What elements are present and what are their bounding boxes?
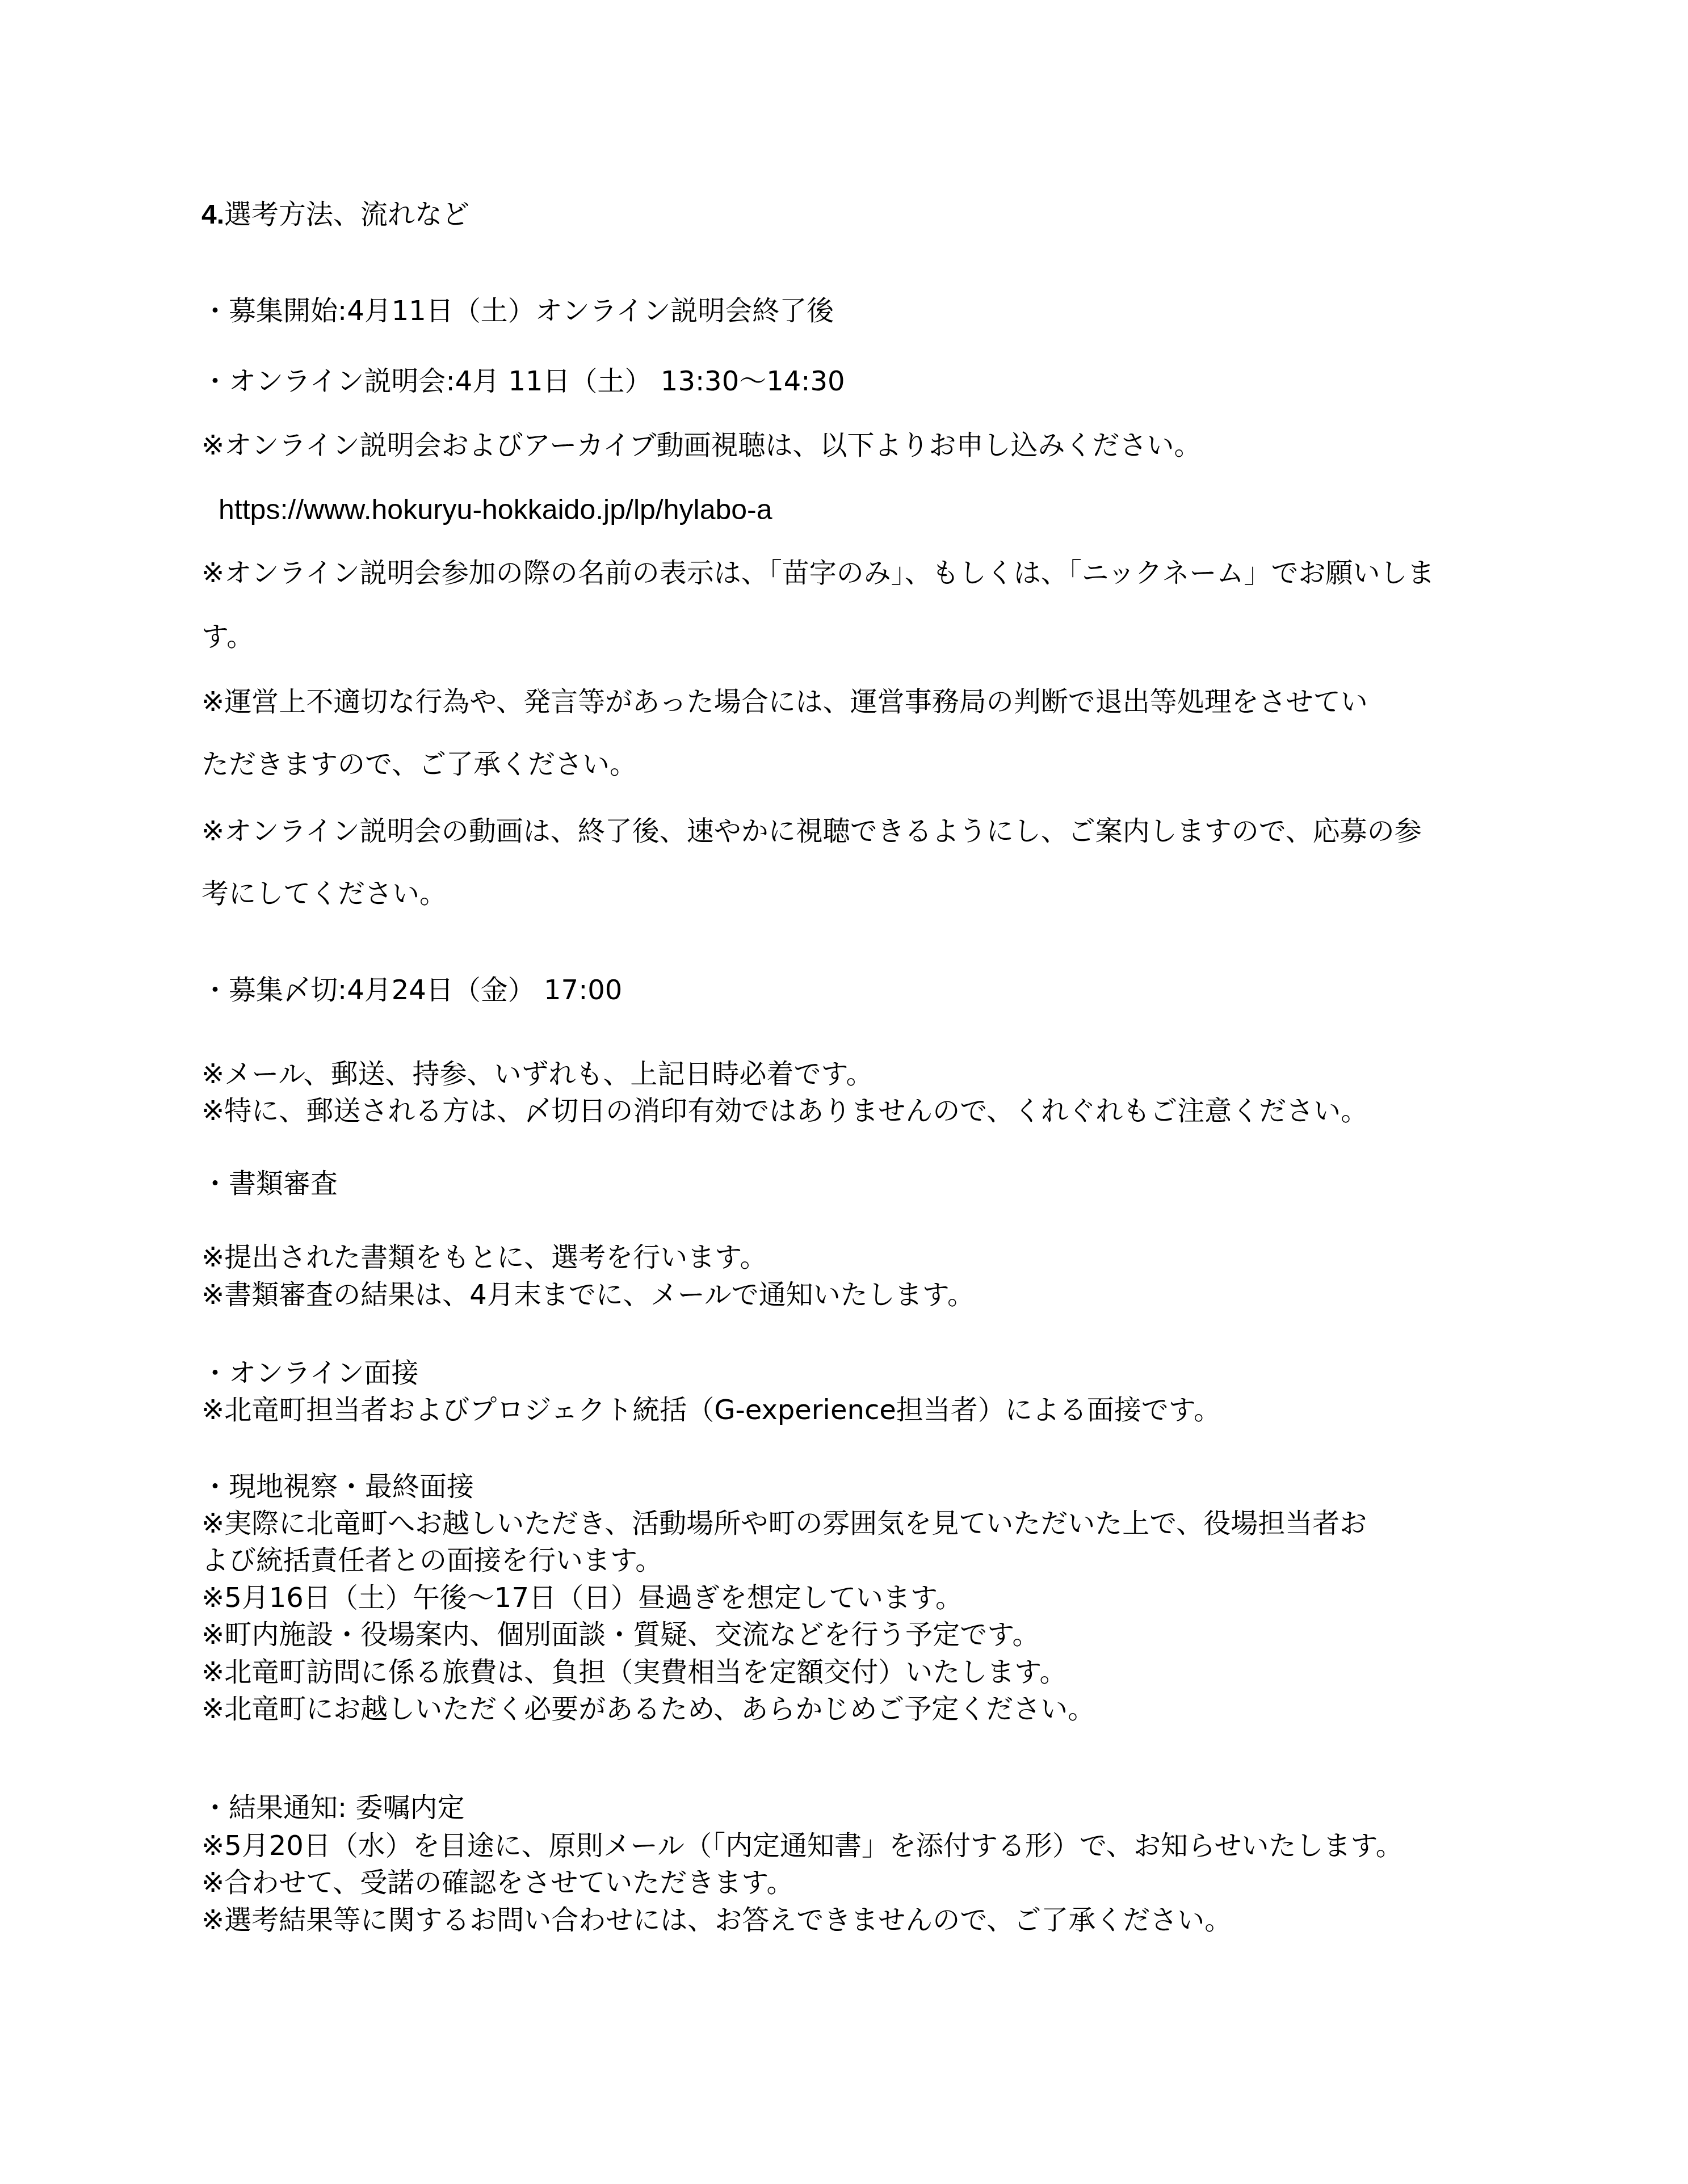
note-acceptance: ※合わせて、受諾の確認をさせていただきます。	[201, 1866, 793, 1900]
note-display-name-cont: す。	[201, 620, 254, 654]
online-briefing-schedule: ・オンライン説明会:4月 11日（土） 13:30～14:30	[201, 364, 845, 398]
note-site-visit: ※実際に北竜町へお越しいただき、活動場所や町の雰囲気を見ていただいた上で、役場担…	[201, 1507, 1367, 1541]
note-visit-required: ※北竜町にお越しいただく必要があるため、あらかじめご予定ください。	[201, 1692, 1095, 1726]
note-result-date: ※5月20日（水）を目途に、原則メール（「内定通知書」を添付する形）で、お知らせ…	[201, 1829, 1403, 1863]
section-number: 4.	[201, 200, 224, 230]
note-video: ※オンライン説明会の動画は、終了後、速やかに視聴できるようにし、ご案内しますので…	[201, 814, 1422, 848]
note-conduct-cont: ただきますので、ご了承ください。	[201, 747, 637, 781]
document-screening: ・書類審査	[201, 1167, 338, 1201]
note-deadline-arrival: ※メール、郵送、持参、いずれも、上記日時必着です。	[201, 1057, 874, 1091]
note-site-visit-cont: よび統括責任者との面接を行います。	[201, 1543, 662, 1577]
note-no-inquiries: ※選考結果等に関するお問い合わせには、お答えできませんので、ご了承ください。	[201, 1903, 1232, 1937]
note-deadline-postal: ※特に、郵送される方は、〆切日の消印有効ではありませんので、くれぐれもご注意くだ…	[201, 1094, 1368, 1128]
recruitment-start: ・募集開始:4月11日（土）オンライン説明会終了後	[201, 294, 834, 328]
recruitment-deadline: ・募集〆切:4月24日（金） 17:00	[201, 973, 622, 1007]
site-visit-final-interview: ・現地視察・最終面接	[201, 1470, 474, 1504]
online-interview: ・オンライン面接	[201, 1356, 419, 1390]
note-visit-dates: ※5月16日（土）午後～17日（日）昼過ぎを想定しています。	[201, 1581, 963, 1615]
section-heading: 4.選考方法、流れなど	[201, 197, 469, 232]
note-travel-expenses: ※北竜町訪問に係る旅費は、負担（実費相当を定額交付）いたします。	[201, 1655, 1066, 1689]
note-video-cont: 考にしてください。	[201, 877, 447, 911]
section-title: 選考方法、流れなど	[224, 199, 469, 230]
note-display-name: ※オンライン説明会参加の際の名前の表示は、「苗字のみ」、もしくは、「ニックネーム…	[201, 556, 1434, 590]
note-visit-activities: ※町内施設・役場案内、個別面談・質疑、交流などを行う予定です。	[201, 1618, 1039, 1652]
result-notification: ・結果通知: 委嘱内定	[201, 1791, 464, 1825]
note-screening-result: ※書類審査の結果は、4月末までに、メールで通知いたします。	[201, 1278, 975, 1312]
note-conduct: ※運営上不適切な行為や、発言等があった場合には、運営事務局の判断で退出等処理をさ…	[201, 685, 1368, 719]
note-apply: ※オンライン説明会およびアーカイブ動画視聴は、以下よりお申し込みください。	[201, 428, 1202, 462]
note-screening-basis: ※提出された書類をもとに、選考を行います。	[201, 1240, 767, 1274]
note-online-interview: ※北竜町担当者およびプロジェクト統括（G-experience担当者）による面接…	[201, 1393, 1221, 1427]
document-page: 4.選考方法、流れなど ・募集開始:4月11日（土）オンライン説明会終了後 ・オ…	[0, 0, 1688, 2184]
registration-url[interactable]: https://www.hokuryu-hokkaido.jp/lp/hylab…	[219, 493, 772, 527]
